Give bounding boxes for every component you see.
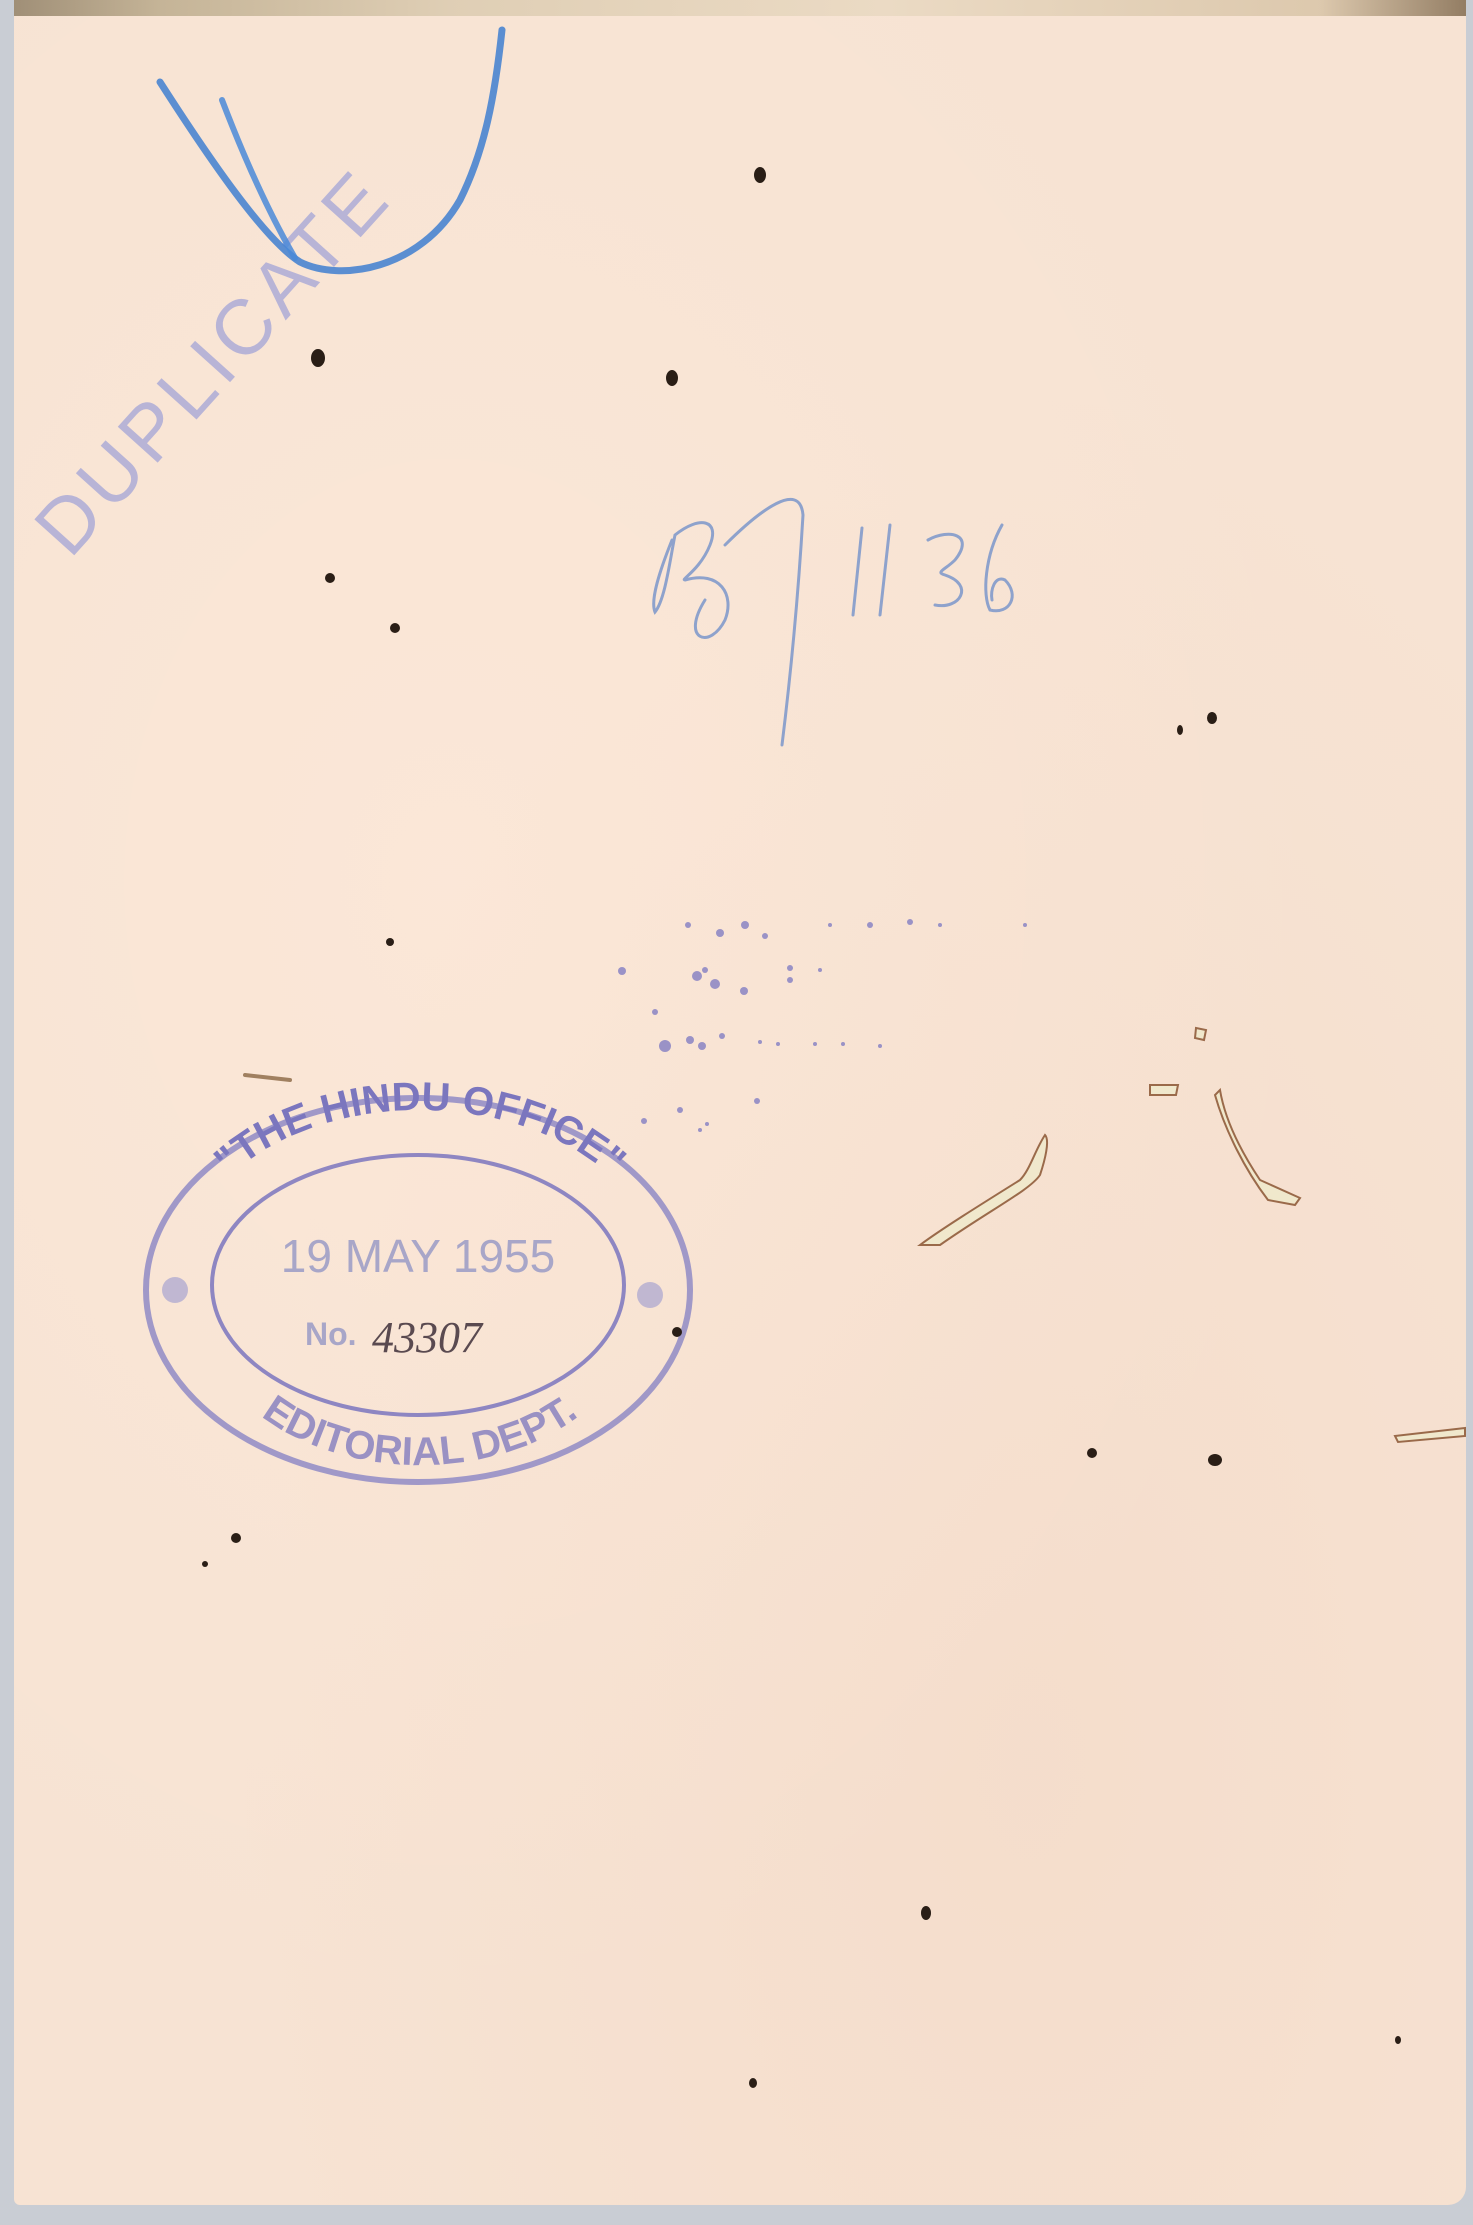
document-markings: DUPLICATE B/1136 — [0, 0, 1473, 2225]
stamp-top-text: "THE HINDU OFFICE" — [206, 1075, 634, 1184]
punch-holes — [202, 167, 1401, 2088]
insect-damage — [920, 1028, 1465, 1442]
stamp-date: 19 MAY 1955 — [281, 1230, 556, 1282]
hindu-office-stamp: "THE HINDU OFFICE" EDITORIAL DEPT. 19 MA… — [146, 1075, 690, 1482]
duplicate-stamp-text: DUPLICATE — [17, 151, 408, 571]
stamp-number-label: No. — [305, 1316, 357, 1352]
stamp-number-value: 43307 — [372, 1313, 484, 1362]
duplicate-stamp: DUPLICATE — [17, 151, 408, 571]
faded-stamp — [618, 919, 1027, 1132]
